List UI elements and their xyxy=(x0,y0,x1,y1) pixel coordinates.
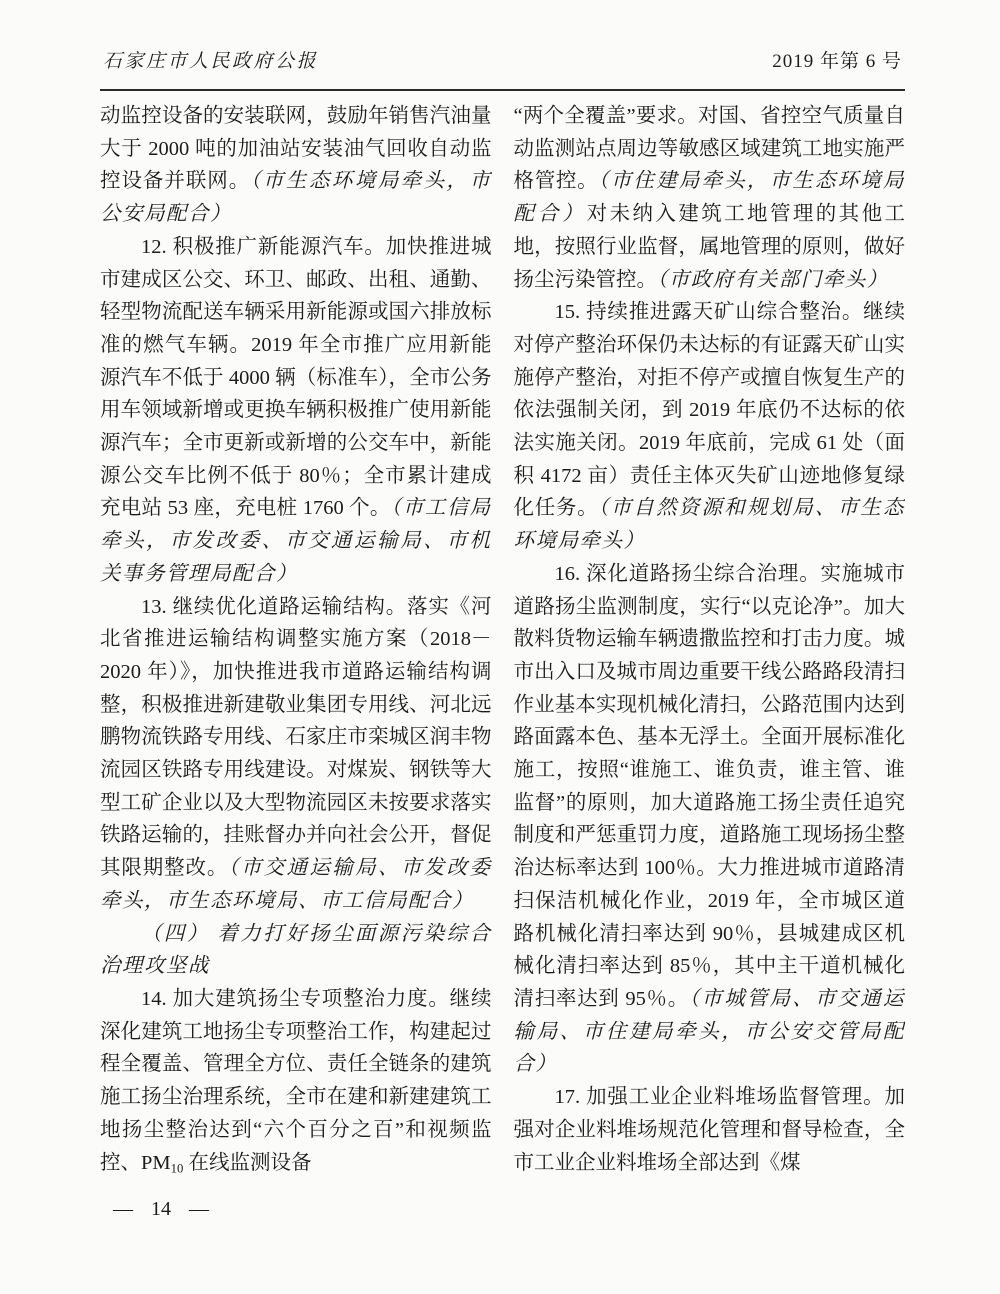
issue-number: 2019 年第 6 号 xyxy=(772,46,902,73)
body-text: 16. 深化道路扬尘综合治理。实施城市道路扬尘监测制度，实行“以克论净”。加大散… xyxy=(514,563,906,1010)
body-text: 13. 继续优化道路运输结构。落实《河北省推进运输结构调整实施方案（2018－2… xyxy=(100,596,492,880)
paragraph-item-14-continuation: “两个全覆盖”要求。对国、省控空气质量自动监测站点周边等敏感区域建筑工地实施严格… xyxy=(514,100,906,296)
paragraph-item-14: 14. 加大建筑扬尘专项整治力度。继续深化建筑工地扬尘专项整治工作，构建起过程全… xyxy=(100,983,492,1185)
paragraph-item-15: 15. 持续推进露天矿山综合整治。继续对停产整治环保仍未达标的有证露天矿山实施停… xyxy=(514,296,906,558)
page-header: 石家庄市人民政府公报 2019 年第 6 号 xyxy=(100,46,905,91)
paragraph-item-12: 12. 积极推广新能源汽车。加快推进城市建成区公交、环卫、邮政、出租、通勤、轻型… xyxy=(100,231,492,591)
footer-dash-left: — xyxy=(113,1198,133,1221)
body-text: 17. 加强工业企业料堆场监督管理。加强对企业料堆场规范化管理和督导检查，全市工… xyxy=(514,1086,906,1173)
paragraph-item-16: 16. 深化道路扬尘综合治理。实施城市道路扬尘监测制度，实行“以克论净”。加大散… xyxy=(514,558,906,1081)
page-number: 14 xyxy=(151,1198,171,1221)
body-text: 在线监测设备 xyxy=(183,1152,311,1174)
column-left: 动监控设备的安装联网，鼓励年销售汽油量大于 2000 吨的加油站安装油气回收自动… xyxy=(100,100,492,1216)
body-text: 12. 积极推广新能源汽车。加快推进城市建成区公交、环卫、邮政、出租、通勤、轻型… xyxy=(100,236,492,520)
text-columns: 动监控设备的安装联网，鼓励年销售汽油量大于 2000 吨的加油站安装油气回收自动… xyxy=(100,100,905,1216)
paragraph-item-17: 17. 加强工业企业料堆场监督管理。加强对企业料堆场规范化管理和督导检查，全市工… xyxy=(514,1081,906,1179)
footer-dash-right: — xyxy=(189,1198,209,1221)
agency-annotation: （四） 着力打好扬尘面源污染综合治理攻坚战 xyxy=(100,923,492,978)
paragraph-item-13: 13. 继续优化道路运输结构。落实《河北省推进运输结构调整实施方案（2018－2… xyxy=(100,591,492,918)
body-text: 15. 持续推进露天矿山综合整治。继续对停产整治环保仍未达标的有证露天矿山实施停… xyxy=(514,301,906,519)
agency-annotation: （市政府有关部门牵头） xyxy=(657,269,889,291)
paragraph-item-11-continuation: 动监控设备的安装联网，鼓励年销售汽油量大于 2000 吨的加油站安装油气回收自动… xyxy=(100,100,492,231)
column-right: “两个全覆盖”要求。对国、省控空气质量自动监测站点周边等敏感区域建筑工地实施严格… xyxy=(514,100,906,1216)
subscript-text: 10 xyxy=(171,1161,184,1175)
page-footer: — 14 — xyxy=(113,1198,209,1221)
section-heading-4: （四） 着力打好扬尘面源污染综合治理攻坚战 xyxy=(100,918,492,983)
body-text: 14. 加大建筑扬尘专项整治力度。继续深化建筑工地扬尘专项整治工作，构建起过程全… xyxy=(100,988,492,1174)
gazette-page: 石家庄市人民政府公报 2019 年第 6 号 动监控设备的安装联网，鼓励年销售汽… xyxy=(0,0,1000,1294)
gazette-masthead: 石家庄市人民政府公报 xyxy=(103,46,318,73)
